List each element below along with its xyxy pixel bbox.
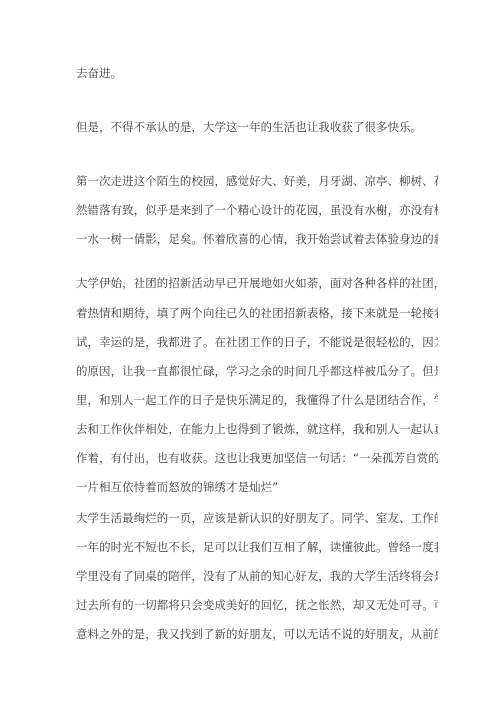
paragraph-line: 里，和别人一起工作的日子是快乐满足的，我懂得了什么是团结合作，学会了怎样 bbox=[76, 393, 438, 407]
paragraph-line: 然错落有致，似乎是来到了一个精心设计的花园，虽没有水榭，亦没有楼阁，但是， bbox=[76, 203, 438, 217]
paragraph-line: 去奋进。 bbox=[76, 66, 438, 80]
paragraph-line: 但是，不得不承认的是，大学这一年的生活也让我收获了很多快乐。 bbox=[76, 120, 438, 134]
paragraph-line: 去和工作伙伴相处，在能力上也得到了锻炼，就这样，我和别人一起认真努力地工 bbox=[76, 422, 438, 436]
paragraph-line: 过去所有的一切都将只会变成美好的回忆，抚之怅然，却又无处可寻。可是，出乎 bbox=[76, 598, 438, 612]
document-page: 去奋进。 但是，不得不承认的是，大学这一年的生活也让我收获了很多快乐。 第一次走… bbox=[0, 0, 500, 707]
paragraph-line: 一水一树一倩影，足矣。怀着欣喜的心情，我开始尝试着去体验身边的新鲜事物。 bbox=[76, 232, 438, 246]
paragraph-line: 一年的时光不短也不长，足可以让我们互相了解，读懂彼此。曾经一度我以为，大 bbox=[76, 540, 438, 554]
paragraph-line: 作着，有付出，也有收获。这也让我更加坚信一句话：“一朵孤芳自赏的花只是美丽， bbox=[76, 451, 438, 465]
paragraph-line: 第一次走进这个陌生的校园，感觉好大、好美，月牙湖、凉亭、柳树、花朵……俨 bbox=[76, 174, 438, 188]
paragraph-line: 学里没有了同桌的陪伴，没有了从前的知心好友，我的大学生活终将会是孤独的， bbox=[76, 569, 438, 583]
paragraph-line: 大学伊始，社团的招新活动早已开展地如火如荼，面对各种各样的社团，我也充满 bbox=[76, 276, 438, 290]
paragraph-line: 的原因，让我一直都很忙碌，学习之余的时间几乎都这样被瓜分了。但是，在社团 bbox=[76, 364, 438, 378]
paragraph-line: 大学生活最绚烂的一页，应该是新认识的好朋友了。同学、室友、工作的伙伴…… bbox=[76, 511, 438, 525]
paragraph-line: 意料之外的是，我又找到了新的好朋友，可以无话不说的好朋友，从前的好朋友们， bbox=[76, 627, 438, 641]
paragraph-line: 试，幸运的是，我都进了。在社团工作的日子，不能说是很轻松的，因为所选部门 bbox=[76, 335, 438, 349]
paragraph-line: 着热情和期待，填了两个向往已久的社团招新表格，接下来就是一轮接着一轮的面 bbox=[76, 306, 438, 320]
paragraph-line: 一片相互依恃着而怒放的锦绣才是灿烂” bbox=[76, 480, 438, 494]
